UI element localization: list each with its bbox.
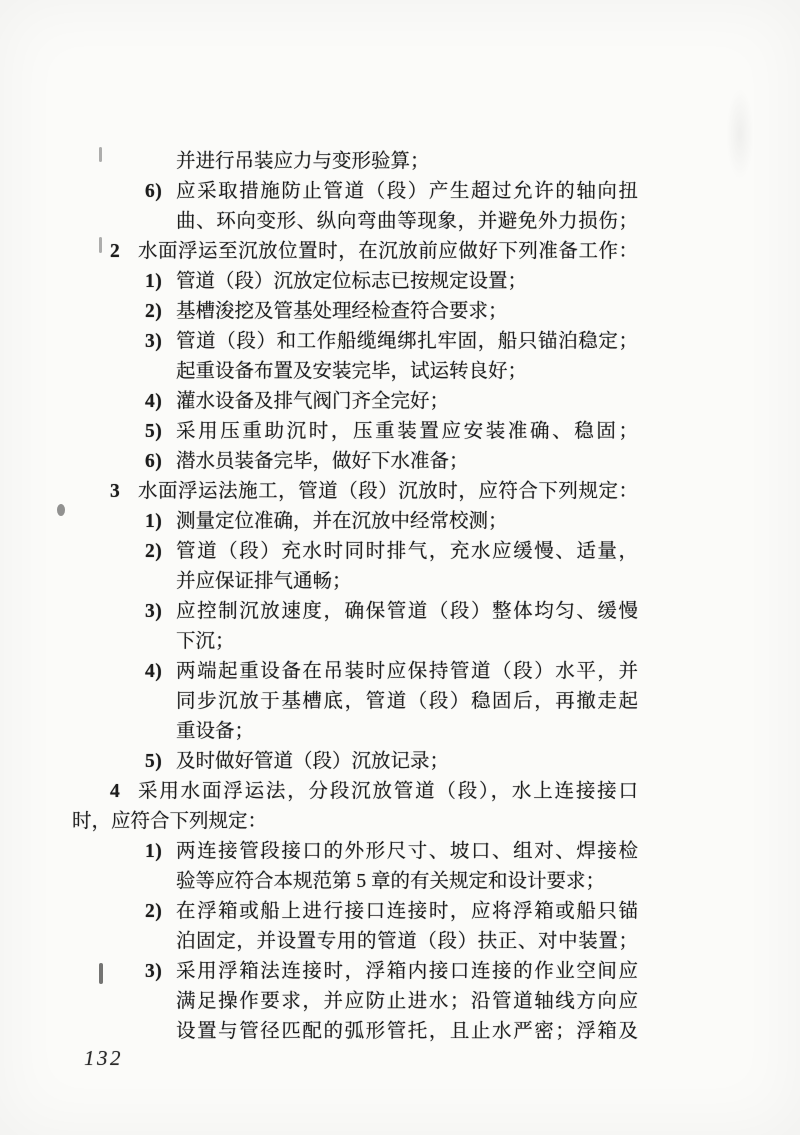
list-marker: 4 — [110, 777, 120, 807]
line-text: 并进行吊装应力与变形验算； — [176, 151, 430, 172]
text-line: 1) 两连接管段接口的外形尺寸、坡口、组对、焊接检 — [72, 837, 638, 867]
line-text: 测量定位准确，并在沉放中经常校测； — [176, 511, 508, 532]
list-marker: 3) — [145, 597, 162, 627]
text-line: 4) 两端起重设备在吊装时应保持管道（段）水平，并 — [72, 657, 638, 687]
line-text: 设置与管径匹配的弧形管托，且止水严密；浮箱及 — [176, 1021, 638, 1042]
list-marker: 1) — [145, 837, 162, 867]
text-line: 3) 应控制沉放速度，确保管道（段）整体均匀、缓慢 — [72, 597, 638, 627]
text-line: 6) 应采取措施防止管道（段）产生超过允许的轴向扭 — [72, 177, 638, 207]
list-marker: 1) — [145, 507, 162, 537]
text-line: 3) 管道（段）和工作船缆绳绑扎牢固，船只锚泊稳定； — [72, 327, 638, 357]
line-text: 泊固定，并设置专用的管道（段）扶正、对中装置； — [176, 931, 638, 952]
line-text: 验等应符合本规范第 5 章的有关规定和设计要求； — [176, 871, 605, 892]
text-line: 下沉； — [72, 627, 638, 657]
list-marker: 2 — [110, 237, 120, 267]
text-line: 泊固定，并设置专用的管道（段）扶正、对中装置； — [72, 927, 638, 957]
list-marker: 5) — [145, 417, 162, 447]
list-marker: 3) — [145, 957, 162, 987]
text-line: 并应保证排气通畅； — [72, 567, 638, 597]
text-line: 4) 灌水设备及排气阀门齐全完好； — [72, 387, 638, 417]
text-block: 并进行吊装应力与变形验算； 6) 应采取措施防止管道（段）产生超过允许的轴向扭 … — [72, 147, 638, 1047]
text-line: 曲、环向变形、纵向弯曲等现象，并避免外力损伤； — [72, 207, 638, 237]
text-line: 同步沉放于基槽底，管道（段）稳固后，再撤走起 — [72, 687, 638, 717]
line-text: 管道（段）沉放定位标志已按规定设置； — [176, 271, 527, 292]
text-line: 1) 管道（段）沉放定位标志已按规定设置； — [72, 267, 638, 297]
scan-smudge — [726, 88, 754, 180]
line-text: 潜水员装备完毕，做好下水准备； — [176, 451, 469, 472]
line-text: 及时做好管道（段）沉放记录； — [176, 751, 449, 772]
line-text: 应采取措施防止管道（段）产生超过允许的轴向扭 — [176, 181, 638, 202]
line-text: 两连接管段接口的外形尺寸、坡口、组对、焊接检 — [176, 841, 638, 862]
line-text: 基槽浚挖及管基处理经检查符合要求； — [176, 301, 508, 322]
text-line: 3) 采用浮箱法连接时，浮箱内接口连接的作业空间应 — [72, 957, 638, 987]
text-line: 2) 在浮箱或船上进行接口连接时，应将浮箱或船只锚 — [72, 897, 638, 927]
line-text: 两端起重设备在吊装时应保持管道（段）水平，并 — [176, 661, 638, 682]
line-text: 采用水面浮运法，分段沉放管道（段），水上连接接口 — [138, 781, 638, 802]
list-marker: 2) — [145, 537, 162, 567]
text-line: 验等应符合本规范第 5 章的有关规定和设计要求； — [72, 867, 638, 897]
text-line: 2 水面浮运至沉放位置时，在沉放前应做好下列准备工作： — [72, 237, 638, 267]
text-line: 5) 采用压重助沉时，压重装置应安装准确、稳固； — [72, 417, 638, 447]
text-line: 4 采用水面浮运法，分段沉放管道（段），水上连接接口 — [72, 777, 638, 807]
text-line: 2) 管道（段）充水时同时排气，充水应缓慢、适量， — [72, 537, 638, 567]
list-marker: 2) — [145, 897, 162, 927]
list-marker: 6) — [145, 447, 162, 477]
list-marker: 3 — [110, 477, 120, 507]
text-line: 并进行吊装应力与变形验算； — [72, 147, 638, 177]
page-number: 132 — [84, 1046, 123, 1071]
line-text: 采用浮箱法连接时，浮箱内接口连接的作业空间应 — [176, 961, 638, 982]
text-line: 满足操作要求，并应防止进水；沿管道轴线方向应 — [72, 987, 638, 1017]
list-marker: 1) — [145, 267, 162, 297]
line-text: 采用压重助沉时，压重装置应安装准确、稳固； — [176, 421, 638, 442]
line-text: 同步沉放于基槽底，管道（段）稳固后，再撤走起 — [176, 691, 638, 712]
text-line: 时，应符合下列规定： — [72, 807, 638, 837]
text-line: 6) 潜水员装备完毕，做好下水准备； — [72, 447, 638, 477]
text-line: 起重设备布置及安装完毕，试运转良好； — [72, 357, 638, 387]
line-text: 水面浮运法施工，管道（段）沉放时，应符合下列规定： — [138, 481, 638, 502]
list-marker: 4) — [145, 657, 162, 687]
list-marker: 5) — [145, 747, 162, 777]
list-marker: 6) — [145, 177, 162, 207]
scan-speck — [57, 504, 65, 516]
line-text: 曲、环向变形、纵向弯曲等现象，并避免外力损伤； — [176, 211, 638, 232]
line-text: 时，应符合下列规定： — [72, 811, 267, 832]
line-text: 应控制沉放速度，确保管道（段）整体均匀、缓慢 — [176, 601, 638, 622]
line-text: 并应保证排气通畅； — [176, 571, 352, 592]
text-line: 设置与管径匹配的弧形管托，且止水严密；浮箱及 — [72, 1017, 638, 1047]
line-text: 重设备； — [176, 721, 254, 742]
list-marker: 3) — [145, 327, 162, 357]
text-line: 3 水面浮运法施工，管道（段）沉放时，应符合下列规定： — [72, 477, 638, 507]
list-marker: 4) — [145, 387, 162, 417]
text-line: 2) 基槽浚挖及管基处理经检查符合要求； — [72, 297, 638, 327]
text-line: 重设备； — [72, 717, 638, 747]
text-line: 1) 测量定位准确，并在沉放中经常校测； — [72, 507, 638, 537]
line-text: 满足操作要求，并应防止进水；沿管道轴线方向应 — [176, 991, 638, 1012]
line-text: 下沉； — [176, 631, 235, 652]
line-text: 在浮箱或船上进行接口连接时，应将浮箱或船只锚 — [176, 901, 638, 922]
line-text: 灌水设备及排气阀门齐全完好； — [176, 391, 449, 412]
line-text: 管道（段）和工作船缆绳绑扎牢固，船只锚泊稳定； — [176, 331, 638, 352]
line-text: 水面浮运至沉放位置时，在沉放前应做好下列准备工作： — [138, 241, 638, 262]
text-line: 5) 及时做好管道（段）沉放记录； — [72, 747, 638, 777]
list-marker: 2) — [145, 297, 162, 327]
document-page: 并进行吊装应力与变形验算； 6) 应采取措施防止管道（段）产生超过允许的轴向扭 … — [0, 0, 800, 1135]
line-text: 起重设备布置及安装完毕，试运转良好； — [176, 361, 527, 382]
line-text: 管道（段）充水时同时排气，充水应缓慢、适量， — [176, 541, 638, 562]
